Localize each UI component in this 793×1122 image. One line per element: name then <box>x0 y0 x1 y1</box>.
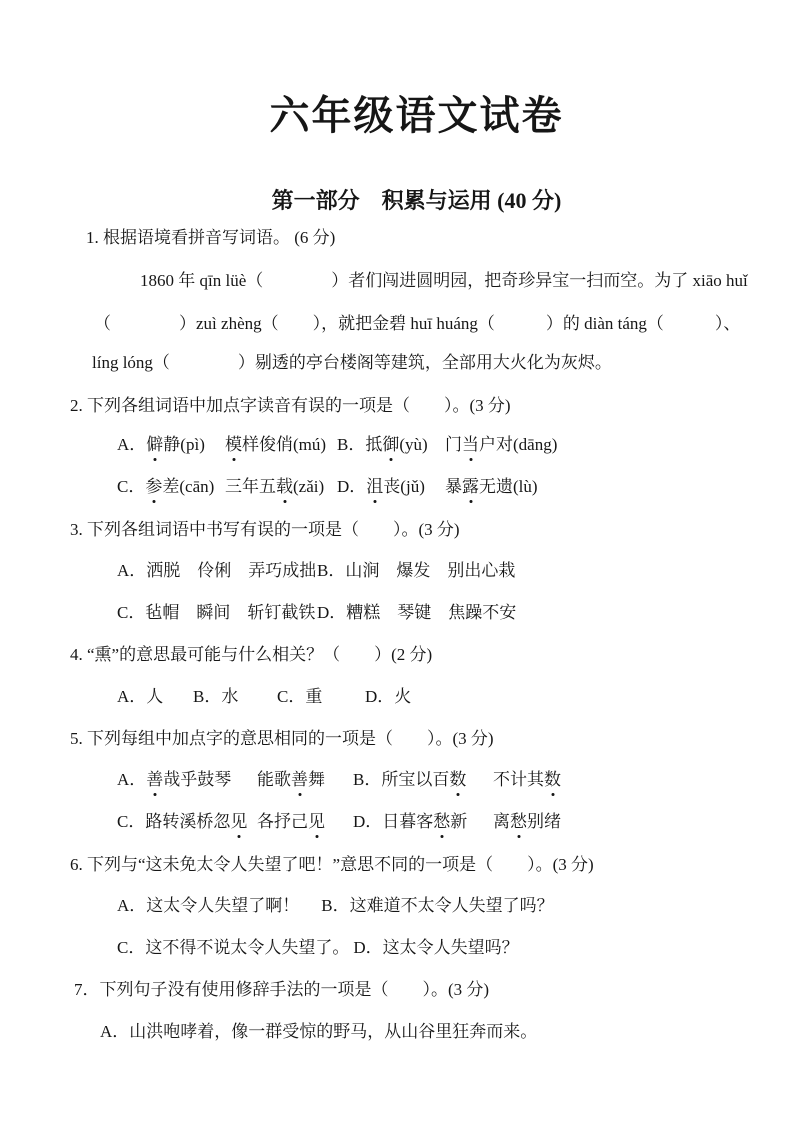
option-cell: C．路转溪桥忽见 <box>117 811 257 834</box>
section-heading: 第一部分 积累与运用 (40 分) <box>40 184 793 215</box>
option-cell: A．这太令人失望了啊！ <box>117 895 299 918</box>
q6-stem: 6. 下列与“这未免太令人失望了吧！”意思不同的一项是（ ）。(3 分) <box>70 854 594 877</box>
option-cell: C．重 <box>277 686 365 709</box>
option-cell: 能歌善舞 <box>257 769 353 792</box>
option-cell: A．人 <box>117 686 193 709</box>
option-cell: A．洒脱 伶俐 弄巧成拙 <box>117 560 317 583</box>
option-cell: D．沮丧(jǔ) <box>337 476 445 499</box>
q3-options-row-1: A．洒脱 伶俐 弄巧成拙 B．山涧 爆发 别出心栽 <box>117 560 515 583</box>
option-cell: 暴露无遗(lù) <box>445 476 538 499</box>
q2-stem: 2. 下列各组词语中加点字读音有误的一项是（ ）。(3 分) <box>70 395 511 418</box>
exam-page: 六年级语文试卷 第一部分 积累与运用 (40 分) 1. 根据语境看拼音写词语。… <box>0 0 793 1122</box>
q1-stem: 1. 根据语境看拼音写词语。 (6 分) <box>86 227 335 250</box>
option-cell: 离愁别绪 <box>493 811 561 834</box>
q1-pinyin-line-1: 1860 年 qīn lüè（ ）者们闯进圆明园，把奇珍异宝一扫而空。为了 xi… <box>140 270 748 293</box>
option-cell: D．日暮客愁新 <box>353 811 493 834</box>
option-cell: C．参差(cān) <box>117 476 225 499</box>
option-cell: 各抒己见 <box>257 811 353 834</box>
q4-options-row-1: A．人 B．水 C．重 D．火 <box>117 686 411 709</box>
option-cell: B．抵御(yù) <box>337 434 445 457</box>
option-cell: C．毡帽 瞬间 斩钉截铁 <box>117 602 317 625</box>
q7-stem: 7．下列句子没有使用修辞手法的一项是（ ）。(3 分) <box>74 979 489 1002</box>
option-cell: D．这太令人失望吗？ <box>353 937 518 960</box>
option-cell: 不计其数 <box>493 769 561 792</box>
q6-options-row-2: C．这不得不说太令人失望了。 D．这太令人失望吗？ <box>117 937 519 960</box>
q5-options-row-1: A．善哉乎鼓琴 能歌善舞 B．所宝以百数 不计其数 <box>117 769 561 792</box>
option-cell: B．水 <box>193 686 277 709</box>
option-cell: D．火 <box>365 686 411 709</box>
option-cell: B．这难道不太令人失望了吗？ <box>321 895 553 918</box>
option-cell: 模样俊俏(mú) <box>225 434 337 457</box>
option-cell: 门当户对(dāng) <box>445 434 557 457</box>
q1-pinyin-line-2: （ ）zuì zhèng（ ），就把金碧 huī huáng（ ）的 diàn … <box>94 313 740 336</box>
option-cell: B．所宝以百数 <box>353 769 493 792</box>
option-cell: 三年五载(zǎi) <box>225 476 337 499</box>
q6-options-row-1: A．这太令人失望了啊！ B．这难道不太令人失望了吗？ <box>117 895 554 918</box>
q7-options-row-1: A．山洪咆哮着，像一群受惊的野马，从山谷里狂奔而来。 <box>100 1021 537 1044</box>
option-cell: A．僻静(pì) <box>117 434 225 457</box>
q2-options-row-1: A．僻静(pì) 模样俊俏(mú) B．抵御(yù) 门当户对(dāng) <box>117 434 557 457</box>
option-cell: A．善哉乎鼓琴 <box>117 769 257 792</box>
q3-stem: 3. 下列各组词语中书写有误的一项是（ ）。(3 分) <box>70 519 460 542</box>
q4-stem: 4. “熏”的意思最可能与什么相关？（ ）(2 分) <box>70 644 432 667</box>
page-title: 六年级语文试卷 <box>40 84 793 141</box>
q2-options-row-2: C．参差(cān) 三年五载(zǎi) D．沮丧(jǔ) 暴露无遗(lù) <box>117 476 538 499</box>
option-cell: B．山涧 爆发 别出心栽 <box>317 560 515 583</box>
option-cell: A．山洪咆哮着，像一群受惊的野马，从山谷里狂奔而来。 <box>100 1021 537 1044</box>
q1-pinyin-line-3: líng lóng（ ）剔透的亭台楼阁等建筑，全部用大火化为灰烬。 <box>92 352 612 375</box>
q3-options-row-2: C．毡帽 瞬间 斩钉截铁 D．糟糕 琴键 焦躁不安 <box>117 602 516 625</box>
q5-stem: 5. 下列每组中加点字的意思相同的一项是（ ）。(3 分) <box>70 728 494 751</box>
q5-options-row-2: C．路转溪桥忽见 各抒己见 D．日暮客愁新 离愁别绪 <box>117 811 561 834</box>
option-cell: C．这不得不说太令人失望了。 <box>117 937 349 960</box>
option-cell: D．糟糕 琴键 焦躁不安 <box>317 602 516 625</box>
